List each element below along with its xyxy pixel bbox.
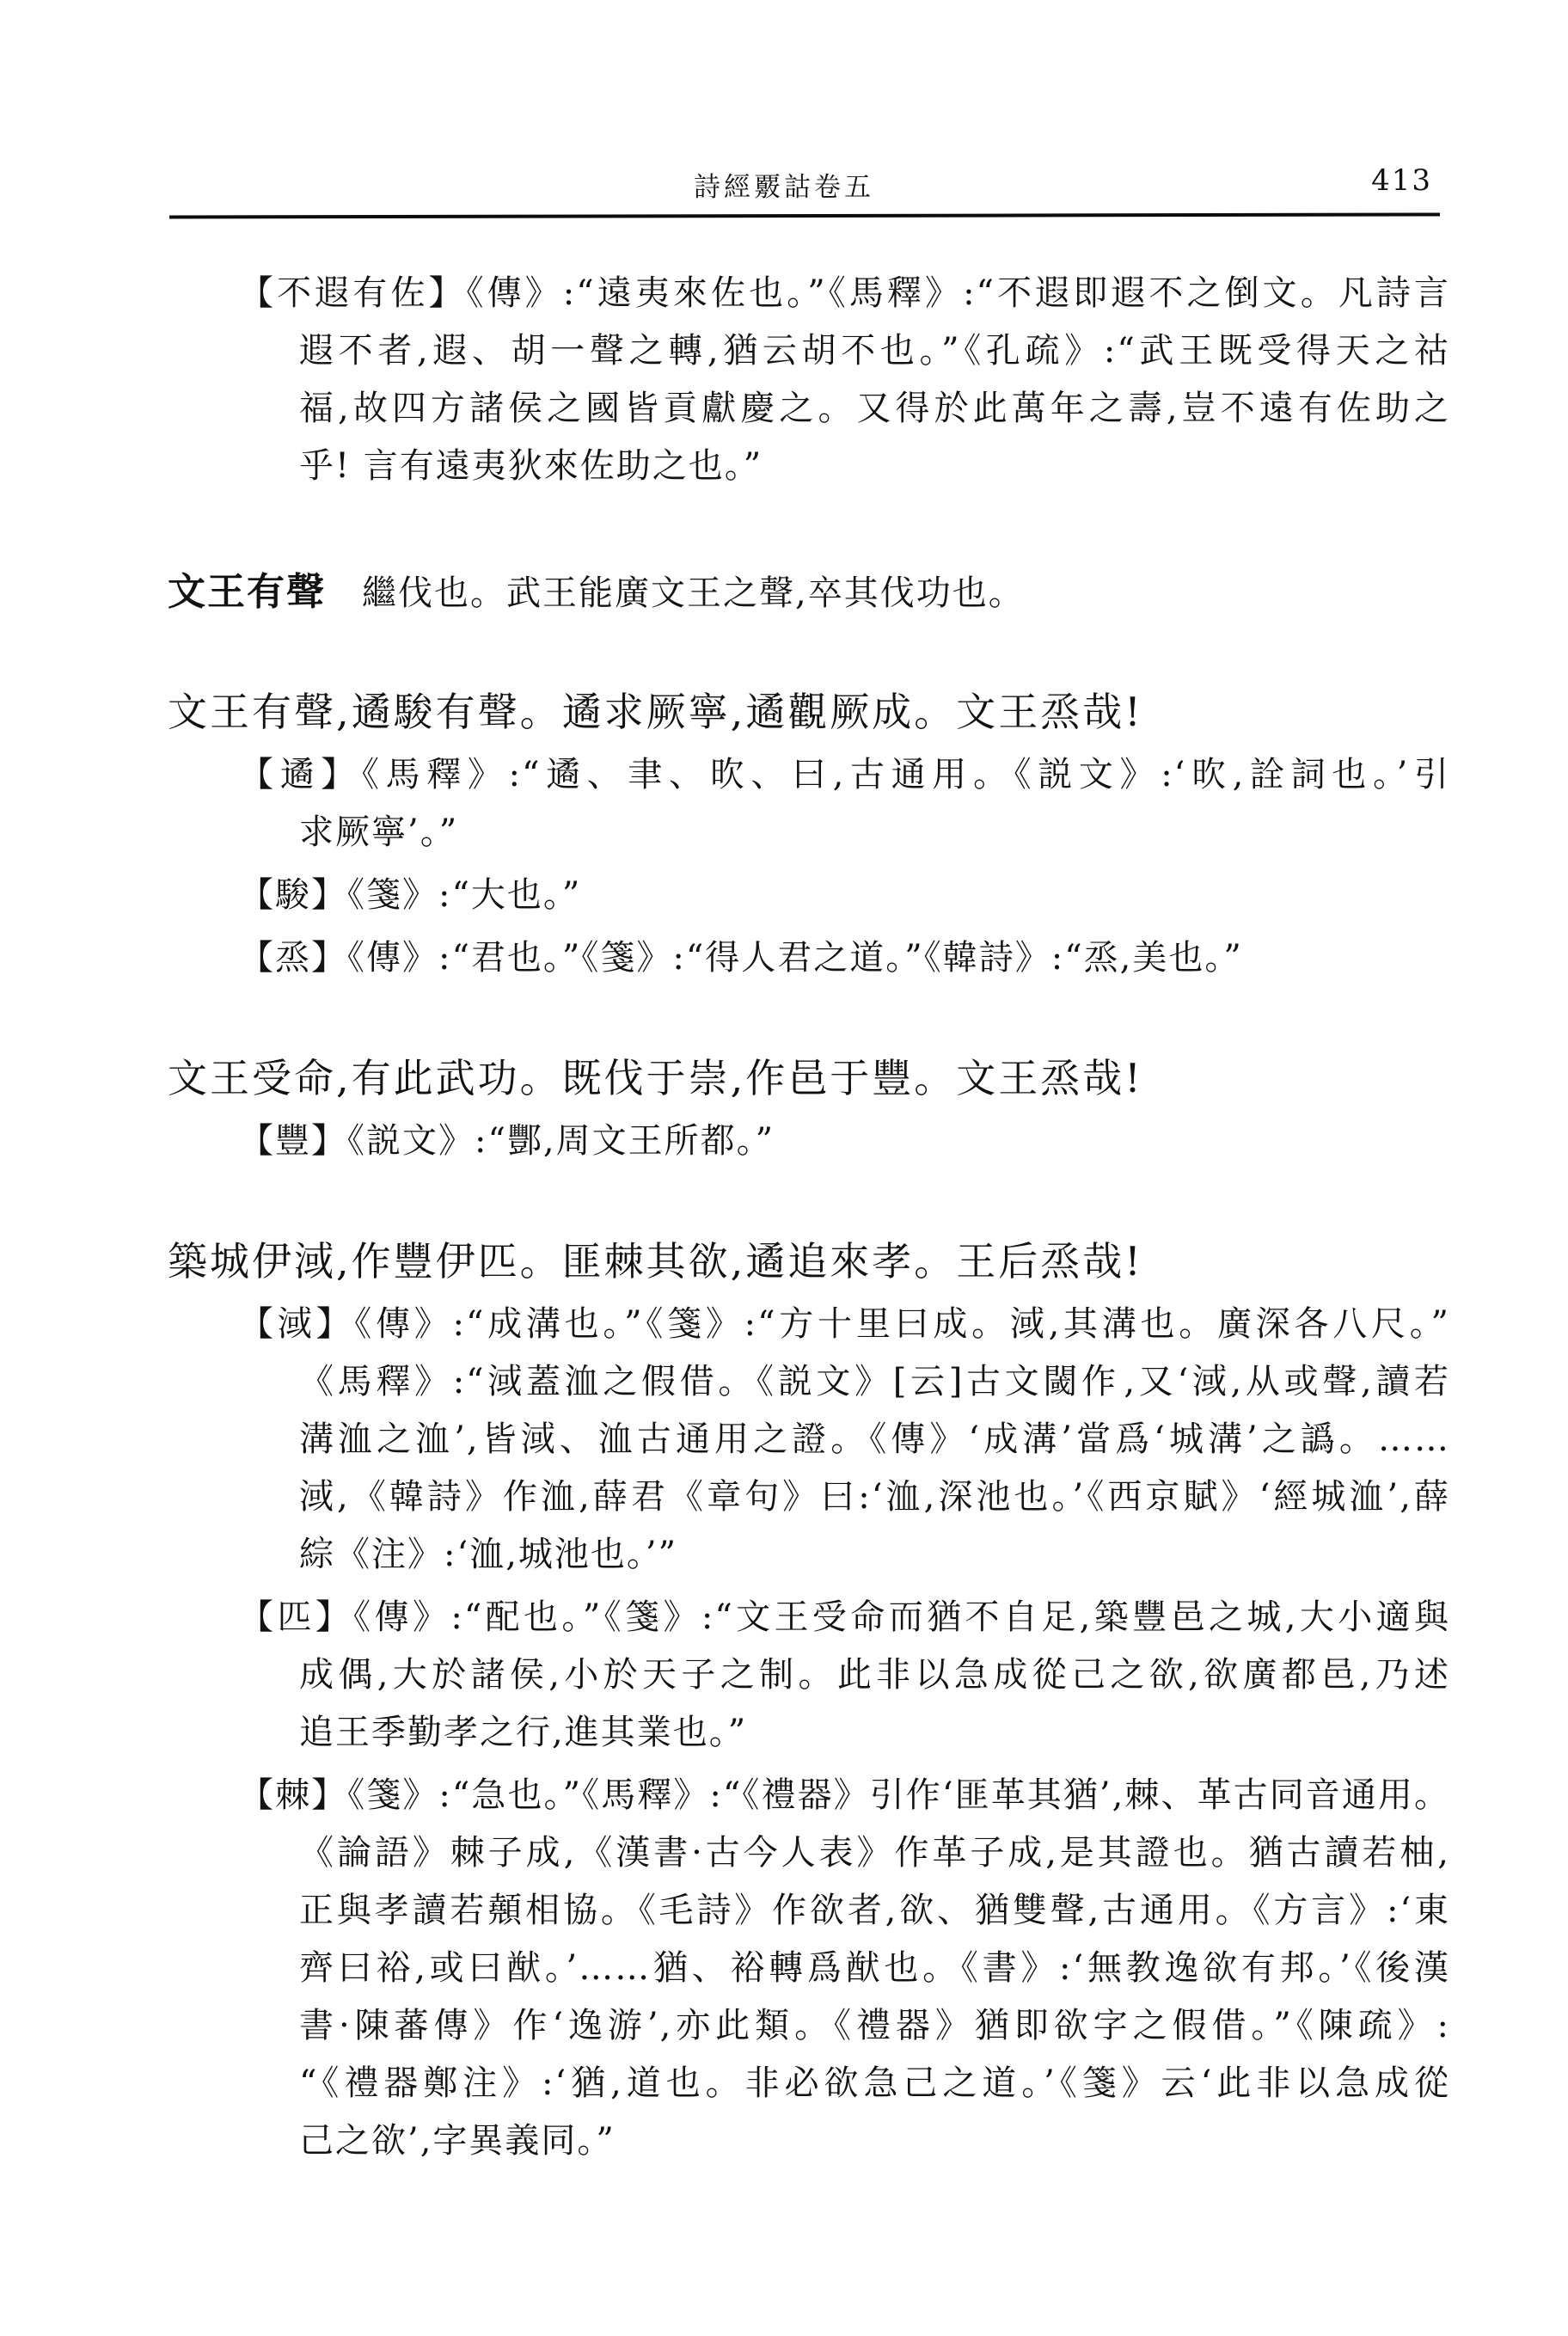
text-run: 【駿】《箋》:“大也。” <box>239 875 581 915</box>
entry-block: 【棘】《箋》:“急也。”《馬釋》:“《禮器》引作‘匪革其猶’,棘、革古同音通用。… <box>168 1767 1450 2170</box>
entry-block: 【豐】《説文》:“酆,周文王所都。” <box>168 1113 1450 1170</box>
text-run: 綜《注》:‘洫,城池也。’” <box>299 1535 677 1574</box>
text-run: 築城伊淢,作豐伊匹。匪棘其欲,遹追來孝。王后烝哉! <box>168 1238 1143 1284</box>
text-line: 追王季勤孝之行,進其業也。” <box>168 1704 1450 1762</box>
text-run: 【棘】《箋》:“急也。”《馬釋》:“《禮器》引作‘匪革其猶’,棘、革古同音通用。 <box>239 1775 1450 1815</box>
text-line: 【匹】《傳》:“配也。”《箋》:“文王受命而猶不自足,築豐邑之城,大小適與 <box>168 1589 1450 1646</box>
book-page: 詩經覈詁卷五 413 【不遐有佐】《傳》:“遠夷來佐也。”《馬釋》:“不遐即遐不… <box>0 0 1568 2336</box>
text-line: 淢,《韓詩》作洫,薛君《章句》曰:‘洫,深池也。’《西京賦》‘經城洫’,薛 <box>168 1468 1450 1526</box>
page-body: 【不遐有佐】《傳》:“遠夷來佐也。”《馬釋》:“不遐即遐不之倒文。凡詩言遐不者,… <box>168 265 1450 2170</box>
text-line: 【遹】《馬釋》:“遹、聿、欥、曰,古通用。《説文》:‘欥,詮詞也。’引《詩》‘欥 <box>168 746 1450 804</box>
text-line: 【棘】《箋》:“急也。”《馬釋》:“《禮器》引作‘匪革其猶’,棘、革古同音通用。 <box>168 1767 1450 1824</box>
verse-block: 文王有聲,遹駿有聲。遹求厥寧,遹觀厥成。文王烝哉! <box>168 684 1450 741</box>
text-run: 【遹】《馬釋》:“遹、聿、欥、曰,古通用。《説文》:‘欥,詮詞也。’引《詩》‘欥 <box>239 755 1450 804</box>
entry-block: 【淢】《傳》:“成溝也。”《箋》:“方十里曰成。淢,其溝也。廣深各八尺。”《馬釋… <box>168 1296 1450 1584</box>
text-line: 文王有聲 繼伐也。武王能廣文王之聲,卒其伐功也。 <box>168 563 1450 621</box>
text-run: 福,故四方諸侯之國皆貢獻慶之。又得於此萬年之壽,豈不遠有佐助之 <box>299 389 1450 428</box>
text-run: 【不遐有佐】《傳》:“遠夷來佐也。”《馬釋》:“不遐即遐不之倒文。凡詩言 <box>239 273 1450 313</box>
text-line: 【不遐有佐】《傳》:“遠夷來佐也。”《馬釋》:“不遐即遐不之倒文。凡詩言 <box>168 265 1450 322</box>
text-run: 正與孝讀若顤相協。《毛詩》作欲者,欲、猶雙聲,古通用。《方言》:‘東 <box>299 1891 1450 1930</box>
text-line: 福,故四方諸侯之國皆貢獻慶之。又得於此萬年之壽,豈不遠有佐助之 <box>168 380 1450 438</box>
text-run: “《禮器鄭注》:‘猶,道也。非必欲急己之道。’《箋》云‘此非以急成從 <box>299 2063 1450 2103</box>
text-line: 己之欲’,字異義同。” <box>168 2112 1450 2170</box>
entry-block: 【烝】《傳》:“君也。”《箋》:“得人君之道。”《韓詩》:“烝,美也。” <box>168 929 1450 987</box>
text-run: 追王季勤孝之行,進其業也。” <box>299 1713 747 1752</box>
text-run: 溝洫之洫’,皆淢、洫古通用之證。《傳》‘成溝’當爲‘城溝’之譌。…… <box>299 1419 1450 1459</box>
text-line: 【駿】《箋》:“大也。” <box>168 867 1450 924</box>
text-run: 乎! 言有遠夷狄來佐助之也。” <box>299 446 763 486</box>
text-line: 文王受命,有此武功。既伐于崇,作邑于豐。文王烝哉! <box>168 1050 1450 1107</box>
text-line: 《論語》棘子成,《漢書·古今人表》作革子成,是其證也。猶古讀若柚, <box>168 1824 1450 1882</box>
text-line: 求厥寧’。” <box>168 804 1450 861</box>
page-number: 413 <box>1371 163 1432 198</box>
text-line: 築城伊淢,作豐伊匹。匪棘其欲,遹追來孝。王后烝哉! <box>168 1233 1450 1291</box>
entry-block: 【遹】《馬釋》:“遹、聿、欥、曰,古通用。《説文》:‘欥,詮詞也。’引《詩》‘欥… <box>168 746 1450 861</box>
text-line: “《禮器鄭注》:‘猶,道也。非必欲急己之道。’《箋》云‘此非以急成從 <box>168 2055 1450 2112</box>
text-run: 繼伐也。武王能廣文王之聲,卒其伐功也。 <box>326 573 1025 613</box>
text-line: 【豐】《説文》:“酆,周文王所都。” <box>168 1113 1450 1170</box>
text-run: 【豐】《説文》:“酆,周文王所都。” <box>239 1121 775 1161</box>
text-run: 【烝】《傳》:“君也。”《箋》:“得人君之道。”《韓詩》:“烝,美也。” <box>239 938 1243 978</box>
text-run: 淢,《韓詩》作洫,薛君《章句》曰:‘洫,深池也。’《西京賦》‘經城洫’,薛 <box>299 1477 1450 1517</box>
text-line: 齊曰裕,或曰猷。’……猶、裕轉爲猷也。《書》:‘無教逸欲有邦。’《後漢 <box>168 1940 1450 1997</box>
text-run: 《論語》棘子成,《漢書·古今人表》作革子成,是其證也。猶古讀若柚, <box>299 1833 1450 1873</box>
text-run: 遐不者,遐、胡一聲之轉,猶云胡不也。”《孔疏》:“武王既受得天之祜 <box>299 331 1450 371</box>
text-line: 書·陳蕃傳》作‘逸游’,亦此類。《禮器》猶即欲字之假借。”《陳疏》: <box>168 1997 1450 2055</box>
text-line: 溝洫之洫’,皆淢、洫古通用之證。《傳》‘成溝’當爲‘城溝’之譌。…… <box>168 1411 1450 1468</box>
text-line: 《馬釋》:“淢蓋洫之假借。《説文》[云]古文閾作𨷲,又‘淢,从或聲,讀若 <box>168 1353 1450 1411</box>
entry-block: 【匹】《傳》:“配也。”《箋》:“文王受命而猶不自足,築豐邑之城,大小適與成偶,… <box>168 1589 1450 1762</box>
text-run: 成偶,大於諸侯,小於天子之制。此非以急成從己之欲,欲廣都邑,乃述 <box>299 1655 1450 1695</box>
paragraph-block: 【不遐有佐】《傳》:“遠夷來佐也。”《馬釋》:“不遐即遐不之倒文。凡詩言遐不者,… <box>168 265 1450 495</box>
entry-block: 【駿】《箋》:“大也。” <box>168 867 1450 924</box>
bold-text-run: 文王有聲 <box>168 570 326 614</box>
verse-block: 文王受命,有此武功。既伐于崇,作邑于豐。文王烝哉! <box>168 1050 1450 1107</box>
heading-block: 文王有聲 繼伐也。武王能廣文王之聲,卒其伐功也。 <box>168 563 1450 621</box>
text-line: 遐不者,遐、胡一聲之轉,猶云胡不也。”《孔疏》:“武王既受得天之祜 <box>168 322 1450 380</box>
text-run: 文王受命,有此武功。既伐于崇,作邑于豐。文王烝哉! <box>168 1055 1143 1101</box>
text-line: 正與孝讀若顤相協。《毛詩》作欲者,欲、猶雙聲,古通用。《方言》:‘東 <box>168 1882 1450 1940</box>
text-run: 己之欲’,字異義同。” <box>299 2121 616 2161</box>
text-line: 【淢】《傳》:“成溝也。”《箋》:“方十里曰成。淢,其溝也。廣深各八尺。” <box>168 1296 1450 1353</box>
text-run: 《馬釋》:“淢蓋洫之假借。《説文》[云]古文閾作𨷲,又‘淢,从或聲,讀若 <box>299 1362 1450 1401</box>
text-run: 【淢】《傳》:“成溝也。”《箋》:“方十里曰成。淢,其溝也。廣深各八尺。” <box>239 1304 1450 1344</box>
text-run: 書·陳蕃傳》作‘逸游’,亦此類。《禮器》猶即欲字之假借。”《陳疏》: <box>299 2006 1450 2045</box>
text-line: 綜《注》:‘洫,城池也。’” <box>168 1526 1450 1584</box>
verse-block: 築城伊淢,作豐伊匹。匪棘其欲,遹追來孝。王后烝哉! <box>168 1233 1450 1291</box>
text-run: 齊曰裕,或曰猷。’……猶、裕轉爲猷也。《書》:‘無教逸欲有邦。’《後漢 <box>299 1948 1450 1988</box>
text-line: 文王有聲,遹駿有聲。遹求厥寧,遹觀厥成。文王烝哉! <box>168 684 1450 741</box>
text-run: 文王有聲,遹駿有聲。遹求厥寧,遹觀厥成。文王烝哉! <box>168 689 1143 735</box>
header-rule <box>169 212 1440 218</box>
text-run: 求厥寧’。” <box>299 812 458 852</box>
text-run: 【匹】《傳》:“配也。”《箋》:“文王受命而猶不自足,築豐邑之城,大小適與 <box>239 1597 1450 1637</box>
running-head-title: 詩經覈詁卷五 <box>0 165 1568 204</box>
text-line: 乎! 言有遠夷狄來佐助之也。” <box>168 438 1450 495</box>
text-line: 成偶,大於諸侯,小於天子之制。此非以急成從己之欲,欲廣都邑,乃述 <box>168 1646 1450 1704</box>
text-line: 【烝】《傳》:“君也。”《箋》:“得人君之道。”《韓詩》:“烝,美也。” <box>168 929 1450 987</box>
